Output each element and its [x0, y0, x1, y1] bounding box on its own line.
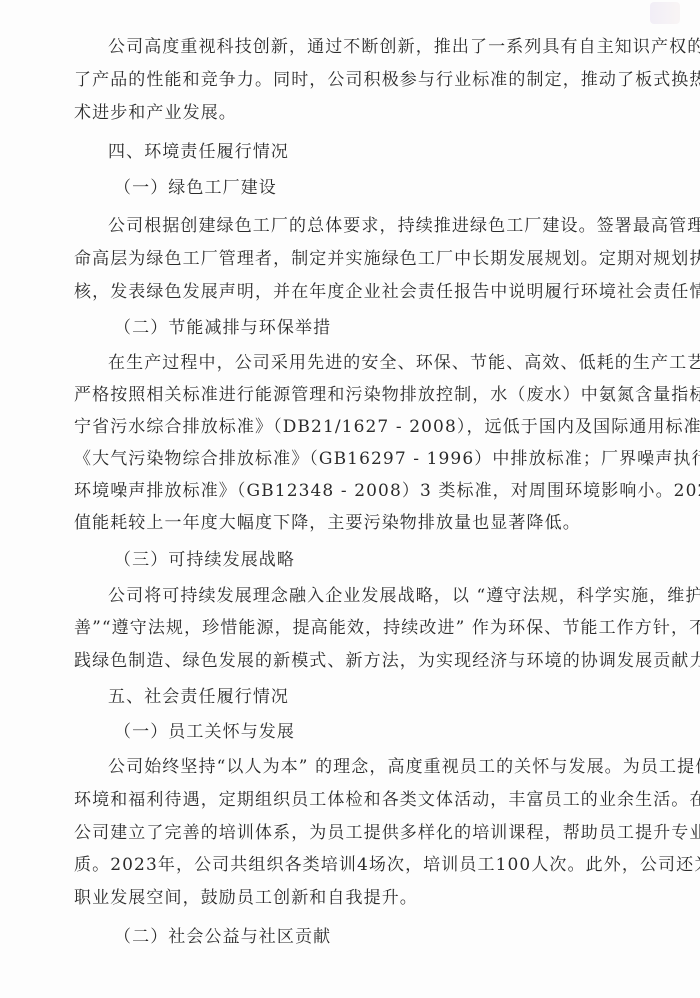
paragraph-line: 环境和福利待遇，定期组织员工体检和各类文体活动，丰富员工的业余生活。在员工发展方…: [74, 789, 634, 811]
paragraph-line: 质。2023年，公司共组织各类培训4场次，培训员工100人次。此外，公司还为员工…: [74, 854, 634, 876]
paragraph-line: 命高层为绿色工厂管理者，制定并实施绿色工厂中长期发展规划。定期对规划执行结果进行…: [74, 248, 634, 270]
paragraph-line: 值能耗较上一年度大幅度下降，主要污染物排放量也显著降低。: [74, 512, 634, 534]
paragraph-line: 环境噪声排放标准》（GB12348 - 2008）3 类标准，对周围环境影响小。…: [74, 480, 634, 502]
subsection-heading: （二）节能减排与环保举措: [114, 317, 674, 339]
subsection-heading: （三）可持续发展战略: [114, 549, 674, 571]
section-heading: 五、社会责任履行情况: [108, 686, 668, 708]
section-heading: 四、环境责任履行情况: [108, 141, 668, 163]
scan-artifact: [650, 2, 680, 24]
paragraph-line: 公司根据创建绿色工厂的总体要求，持续推进绿色工厂建设。签署最高管理者承诺书，任: [108, 215, 668, 237]
paragraph-line: 了产品的性能和竞争力。同时，公司积极参与行业标准的制定，推动了板式换热设备行业的…: [74, 69, 634, 91]
paragraph-line: 公司始终坚持“以人为本” 的理念，高度重视员工的关怀与发展。为员工提供良好的工作: [108, 756, 668, 778]
paragraph-line: 践绿色制造、绿色发展的新模式、新方法，为实现经济与环境的协调发展贡献力量。: [74, 650, 634, 672]
paragraph-line: 《大气污染物综合排放标准》（GB16297 - 1996）中排放标准；厂界噪声执…: [74, 448, 634, 470]
paragraph-line: 公司高度重视科技创新，通过不断创新，推出了一系列具有自主知识产权的新产品，提升: [108, 36, 668, 58]
paragraph-line: 严格按照相关标准进行能源管理和污染物排放控制，水（废水）中氨氮含量指标排放执行《…: [74, 384, 634, 406]
paragraph-line: 术进步和产业发展。: [74, 102, 634, 124]
paragraph-line: 宁省污水综合排放标准》（DB21/1627 - 2008），远低于国内及国际通用…: [74, 416, 634, 438]
paragraph-line: 核，发表绿色发展声明，并在年度企业社会责任报告中说明履行环境社会责任情况。: [74, 281, 634, 303]
subsection-heading: （一）员工关怀与发展: [114, 721, 674, 743]
paragraph-line: 公司将可持续发展理念融入企业发展战略，以 “遵守法规，科学实施，维护环境，持续改: [108, 585, 668, 607]
paragraph-line: 在生产过程中，公司采用先进的安全、环保、节能、高效、低耗的生产工艺和技术装备。: [108, 352, 668, 374]
subsection-heading: （二）社会公益与社区贡献: [114, 926, 674, 948]
paragraph-line: 职业发展空间，鼓励员工创新和自我提升。: [74, 887, 634, 909]
paragraph-line: 公司建立了完善的培训体系，为员工提供多样化的培训课程，帮助员工提升专业技能和综合…: [74, 822, 634, 844]
document-page: 公司高度重视科技创新，通过不断创新，推出了一系列具有自主知识产权的新产品，提升 …: [0, 0, 700, 998]
paragraph-line: 善”“遵守法规，珍惜能源，提高能效，持续改进” 作为环保、节能工作方针，不断探索…: [74, 617, 634, 639]
subsection-heading: （一）绿色工厂建设: [114, 177, 674, 199]
